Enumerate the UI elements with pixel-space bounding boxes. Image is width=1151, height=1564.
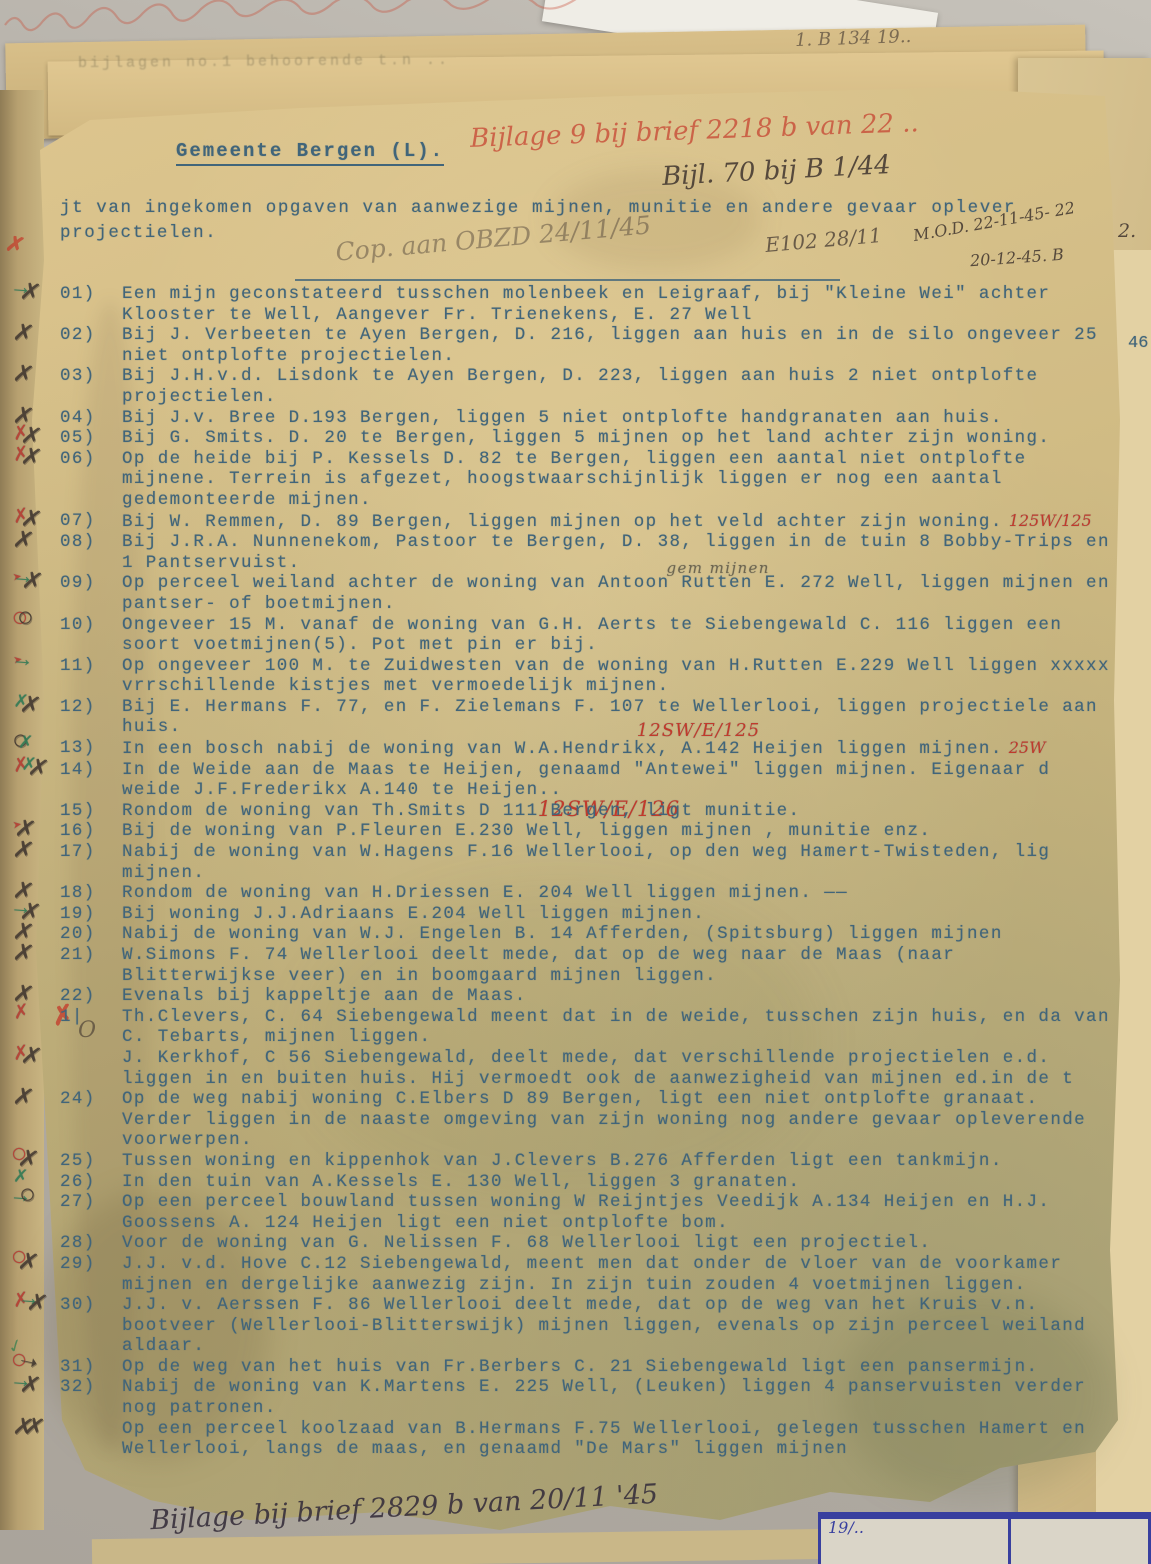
- item-text: Op ongeveer 100 M. te Zuidwesten van de …: [122, 656, 1112, 697]
- item-number: 04): [60, 408, 122, 429]
- item-text: Nabij de woning van W.J. Engelen B. 14 A…: [122, 924, 1112, 945]
- list-item: 15)Rondom de woning van Th.Smits D 111 B…: [60, 801, 1112, 822]
- list-item: ◯✗25)Tussen woning en kippenhok van J.Cl…: [60, 1151, 1112, 1172]
- pencil-annotation-above: gem mijnen: [667, 558, 770, 579]
- list-item: ✗17)Nabij de woning van W.Hagens F.16 We…: [60, 842, 1112, 883]
- item-text: Op de weg nabij woning C.Elbers D 89 Ber…: [122, 1089, 1112, 1151]
- margin-marks: ✗✗✗: [14, 754, 40, 784]
- item-text: Een mijn geconstateerd tusschen molenbee…: [122, 284, 1112, 325]
- list-item: 28)Voor de woning van G. Nelissen F. 68 …: [60, 1233, 1112, 1254]
- list-item: →✗32)Nabij de woning van K.Martens E. 22…: [60, 1377, 1112, 1418]
- item-text: Bij E. Hermans F. 77, en F. Zielemans F.…: [122, 697, 1112, 738]
- margin-marks: ➤→: [14, 650, 23, 672]
- item-number: 13): [60, 738, 122, 760]
- list-item: ➤✗16)Bij de woning van P.Fleuren E.230 W…: [60, 821, 1112, 842]
- list-item: ✗✗07)Bij W. Remmen, D. 89 Bergen, liggen…: [60, 511, 1112, 533]
- list-item: ✗03)Bij J.H.v.d. Lisdonk te Ayen Bergen,…: [60, 366, 1112, 407]
- margin-marks: ✗: [14, 836, 25, 866]
- item-number: 26): [60, 1172, 122, 1193]
- item-number: 1|: [60, 1007, 122, 1048]
- item-text: Rondom de woning van H.Driessen E. 204 W…: [122, 883, 1112, 904]
- list-item: ✗21)W.Simons F. 74 Wellerlooi deelt mede…: [60, 945, 1112, 986]
- item-number: [60, 1048, 122, 1089]
- item-text: Bij W. Remmen, D. 89 Bergen, liggen mijn…: [122, 511, 1112, 533]
- green-arrow-mark: →: [16, 649, 32, 672]
- typed-underline-rule: [295, 279, 840, 281]
- item-text: J. Kerkhof, C 56 Siebengewald, deelt med…: [122, 1048, 1112, 1089]
- item-number: 05): [60, 428, 122, 449]
- item-text: Voor de woning van G. Nelissen F. 68 Wel…: [122, 1233, 1112, 1254]
- item-number: 03): [60, 366, 122, 407]
- list-item: ➤→✗09)Op perceel weiland achter de wonin…: [60, 573, 1112, 614]
- list-item: →◯27)Op een perceel bouwland tussen woni…: [60, 1192, 1112, 1233]
- margin-marks: ✗: [14, 939, 25, 969]
- item-text: Th.Clevers, C. 64 Siebengewald meent dat…: [122, 1007, 1112, 1048]
- item-text: Bij G. Smits. D. 20 te Bergen, liggen 5 …: [122, 428, 1112, 449]
- item-text: Ongeveer 15 M. vanaf de woning van G.H. …: [122, 615, 1112, 656]
- item-text: Op perceel weiland achter de woning van …: [122, 573, 1112, 614]
- list-item: ✗✗06)Op de heide bij P. Kessels D. 82 te…: [60, 449, 1112, 511]
- item-number: 24): [60, 1089, 122, 1151]
- list-item: ✗1|Th.Clevers, C. 64 Siebengewald meent …: [60, 1007, 1112, 1048]
- list-item: ✗26)In den tuin van A.Kessels E. 130 Wel…: [60, 1172, 1112, 1193]
- list-item: ✗18)Rondom de woning van H.Driessen E. 2…: [60, 883, 1112, 904]
- item-text: Bij J. Verbeeten te Ayen Bergen, D. 216,…: [122, 325, 1112, 366]
- item-text: Bij J.R.A. Nunnenekom, Pastoor te Bergen…: [122, 532, 1112, 573]
- item-number: 22): [60, 986, 122, 1007]
- red-x-mark: ✗: [12, 1000, 31, 1026]
- list-item: ✗22)Evenals bij kappeltje aan de Maas.: [60, 986, 1112, 1007]
- item-text: Bij J.v. Bree D.193 Bergen, liggen 5 nie…: [122, 408, 1112, 429]
- item-text: Bij J.H.v.d. Lisdonk te Ayen Bergen, D. …: [122, 366, 1112, 407]
- red-annotation: 25W: [1009, 738, 1046, 757]
- stamp-handwriting: 19/..: [828, 1518, 864, 1537]
- list-item: ◯◯10)Ongeveer 15 M. vanaf de woning van …: [60, 615, 1112, 656]
- item-number: 14): [60, 760, 122, 801]
- typed-number-46: 46: [1128, 334, 1148, 353]
- margin-marks: ✗: [14, 526, 25, 556]
- margin-marks: ✗: [14, 1083, 25, 1113]
- list-item: ✗02)Bij J. Verbeeten te Ayen Bergen, D. …: [60, 325, 1112, 366]
- item-text: In den tuin van A.Kessels E. 130 Well, l…: [122, 1172, 1112, 1193]
- margin-marks: ✗: [14, 360, 25, 390]
- item-number: 09): [60, 573, 122, 614]
- item-number: 06): [60, 449, 122, 511]
- list-item: →✗01)Een mijn geconstateerd tusschen mol…: [60, 284, 1112, 325]
- item-text: J.J. v.d. Hove C.12 Siebengewald, meent …: [122, 1254, 1112, 1295]
- item-number: 17): [60, 842, 122, 883]
- list-item: ◯✗13)In een bosch nabij de woning van W.…: [60, 738, 1112, 760]
- item-number: 28): [60, 1233, 122, 1254]
- item-number: 18): [60, 883, 122, 904]
- item-text: Nabij de woning van K.Martens E. 225 Wel…: [122, 1377, 1112, 1418]
- margin-marks: ◯◯: [14, 609, 25, 629]
- item-number: 07): [60, 511, 122, 533]
- archival-photo: bijlagen no.1 behoorende t.n .. 1. B 134…: [0, 0, 1151, 1564]
- item-number: 25): [60, 1151, 122, 1172]
- item-number: 15): [60, 801, 122, 822]
- underlying-sheet-bottom: [92, 1529, 837, 1564]
- margin-marks: ✗✗: [14, 691, 32, 721]
- item-text: Op een perceel koolzaad van B.Hermans F.…: [122, 1419, 1112, 1460]
- margin-marks: ✗✗: [14, 1413, 37, 1443]
- stamp-grid-cell: [1011, 1516, 1151, 1564]
- item-text: Tussen woning en kippenhok van J.Clevers…: [122, 1151, 1112, 1172]
- margin-marks: ✗: [14, 319, 25, 349]
- item-text: Bij woning J.J.Adriaans E.204 Well ligge…: [122, 904, 1112, 925]
- item-number: 27): [60, 1192, 122, 1233]
- page-title: Gemeente Bergen (L).: [176, 140, 444, 166]
- item-number: 10): [60, 615, 122, 656]
- item-text: Op de heide bij P. Kessels D. 82 te Berg…: [122, 449, 1112, 511]
- list-item: ✗✗✗14)In de Weide aan de Maas te Heijen,…: [60, 760, 1112, 801]
- item-number: [60, 1419, 122, 1460]
- margin-marks: ✗✗: [14, 1042, 33, 1072]
- list-item: →✗19)Bij woning J.J.Adriaans E.204 Well …: [60, 904, 1112, 925]
- pencil-x-mark: ✗: [26, 1287, 51, 1320]
- list-item: ◯➝31)Op de weg van het huis van Fr.Berbe…: [60, 1357, 1112, 1378]
- list-item: ✗✗J. Kerkhof, C 56 Siebengewald, deelt m…: [60, 1048, 1112, 1089]
- item-number: 11): [60, 656, 122, 697]
- item-text: W.Simons F. 74 Wellerlooi deelt mede, da…: [122, 945, 1112, 986]
- item-number: 12): [60, 697, 122, 738]
- faded-red-script-icon: [0, 0, 660, 40]
- item-number: 01): [60, 284, 122, 325]
- margin-marks: →✗: [14, 1371, 32, 1401]
- registry-stamp: 19/..: [818, 1512, 1151, 1564]
- item-number: 02): [60, 325, 122, 366]
- item-text: Nabij de woning van W.Hagens F.16 Weller…: [122, 842, 1112, 883]
- list-item: ✗✗12)Bij E. Hermans F. 77, en F. Zielema…: [60, 697, 1112, 738]
- list-item: ◯✗29)J.J. v.d. Hove C.12 Siebengewald, m…: [60, 1254, 1112, 1295]
- item-text: In de Weide aan de Maas te Heijen, genaa…: [122, 760, 1112, 801]
- list-item: ➤→11)Op ongeveer 100 M. te Zuidwesten va…: [60, 656, 1112, 697]
- item-number: 16): [60, 821, 122, 842]
- margin-marks: ✗→✗: [14, 1289, 40, 1319]
- item-text: Op een perceel bouwland tussen woning W …: [122, 1192, 1112, 1233]
- margin-marks: ✗: [14, 1001, 22, 1025]
- list-item: ✗✗05)Bij G. Smits. D. 20 te Bergen, ligg…: [60, 428, 1112, 449]
- red-annotation-above: 12SW/E/125: [637, 721, 760, 742]
- item-text: Evenals bij kappeltje aan de Maas.: [122, 986, 1112, 1007]
- list-item: ✗24)Op de weg nabij woning C.Elbers D 89…: [60, 1089, 1112, 1151]
- item-number: 21): [60, 945, 122, 986]
- item-text: J.J. v. Aerssen F. 86 Wellerlooi deelt m…: [122, 1295, 1112, 1357]
- margin-marks: →✗: [14, 278, 32, 308]
- item-number: 20): [60, 924, 122, 945]
- margin-marks: ✗✗: [14, 443, 33, 473]
- item-number: 31): [60, 1357, 122, 1378]
- item-text: Rondom de woning van Th.Smits D 111 Berg…: [122, 801, 1112, 822]
- pencil-x-mark: ✗: [23, 1411, 48, 1444]
- item-number: 08): [60, 532, 122, 573]
- items-list: →✗01)Een mijn geconstateerd tusschen mol…: [60, 284, 1112, 1460]
- margin-marks: ➤→✗: [14, 567, 35, 597]
- pencil-note-top-right: 1. B 134 19..: [795, 26, 912, 51]
- item-number: 30): [60, 1295, 122, 1357]
- margin-marks: ◯✗: [14, 1248, 31, 1278]
- margin-marks: →◯: [14, 1186, 26, 1208]
- item-text: In een bosch nabij de woning van W.A.Hen…: [122, 738, 1112, 760]
- item-number: 29): [60, 1254, 122, 1295]
- list-item: ✗20)Nabij de woning van W.J. Engelen B. …: [60, 924, 1112, 945]
- list-item: ✗✗Op een perceel koolzaad van B.Hermans …: [60, 1419, 1112, 1460]
- list-item: ✗04)Bij J.v. Bree D.193 Bergen, liggen 5…: [60, 408, 1112, 429]
- pencil-note-page-2: 2.: [1118, 220, 1136, 242]
- list-item: ✗→✗30)J.J. v. Aerssen F. 86 Wellerlooi d…: [60, 1295, 1112, 1357]
- list-item: ✗08)Bij J.R.A. Nunnenekom, Pastoor te Be…: [60, 532, 1112, 573]
- item-text: Bij de woning van P.Fleuren E.230 Well, …: [122, 821, 1112, 842]
- red-annotation: 125W/125: [1009, 511, 1092, 530]
- item-number: 19): [60, 904, 122, 925]
- item-text: Op de weg van het huis van Fr.Berbers C.…: [122, 1357, 1112, 1378]
- item-number: 32): [60, 1377, 122, 1418]
